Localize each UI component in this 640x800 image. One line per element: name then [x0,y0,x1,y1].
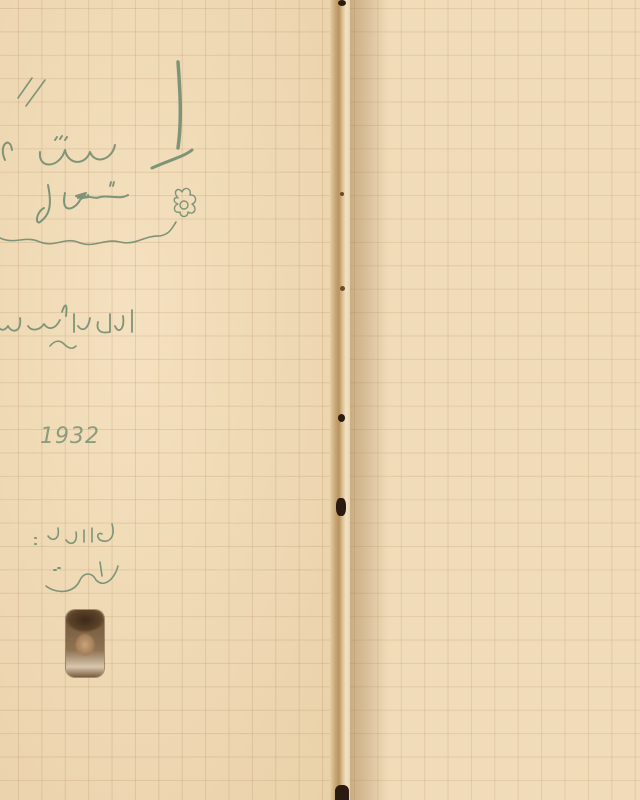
binding-hole [338,414,345,422]
spine-shadow [350,0,390,800]
binding-hole [340,286,345,291]
year-text: 1932 [40,424,100,449]
binding-hole [340,192,344,196]
right-page [346,0,640,800]
binding-hole [338,0,346,6]
handwriting [0,0,336,800]
binding-hole [336,498,346,516]
binding-hole [335,785,349,800]
portrait-photo [66,610,104,677]
